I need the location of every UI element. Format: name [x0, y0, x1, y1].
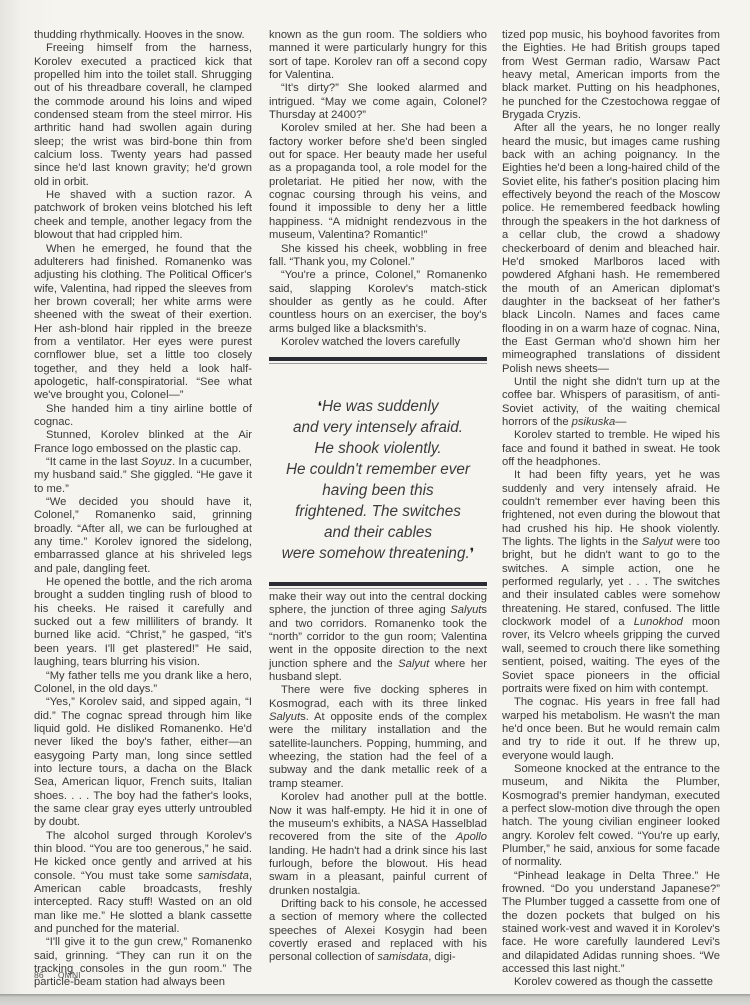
- paragraph: She kissed his cheek, wobbling in free f…: [269, 243, 487, 270]
- publication-name: OMNI: [58, 970, 81, 980]
- paragraph: Until the night she didn't turn up at th…: [502, 376, 720, 429]
- page-folio: 86OMNI: [34, 970, 95, 980]
- paragraph: Stunned, Korolev blinked at the Air Fran…: [34, 429, 252, 456]
- paragraph: Drifting back to his console, he accesse…: [269, 898, 487, 965]
- paragraph: “It came in the last Soyuz. In a cucumbe…: [34, 456, 252, 496]
- page-number: 86: [34, 970, 44, 980]
- pull-quote-line: having been this: [322, 482, 433, 499]
- paragraph: thudding rhythmically. Hooves in the sno…: [34, 29, 252, 42]
- paragraph: tized pop music, his boyhood favorites f…: [502, 29, 720, 122]
- pull-quote: ❛He was suddenly and very intensely afra…: [269, 396, 487, 564]
- pull-quote-line: He couldn't remember ever: [286, 461, 470, 478]
- paragraph: He shaved with a suction razor. A patchw…: [34, 189, 252, 242]
- paragraph: Korolev had another pull at the bottle. …: [269, 791, 487, 898]
- pull-quote-line: frightened. The switches: [295, 503, 461, 520]
- paragraph: make their way out into the central dock…: [269, 591, 487, 684]
- close-quote-mark-icon: ❜: [470, 545, 475, 561]
- pull-quote-line: He was suddenly: [322, 398, 439, 415]
- paragraph: Korolev started to tremble. He wiped his…: [502, 429, 720, 469]
- text-column-2-bottom: make their way out into the central dock…: [269, 591, 487, 965]
- pull-quote-line: were somehow threatening.: [282, 545, 470, 562]
- paragraph: Freeing himself from the harness, Korole…: [34, 42, 252, 189]
- pull-quote-top-rule: [269, 357, 487, 361]
- paragraph: “It's dirty?” She looked alarmed and int…: [269, 82, 487, 122]
- paragraph: “My father tells me you drank like a her…: [34, 670, 252, 697]
- page-bottom-edge: [0, 994, 750, 1005]
- pull-quote-line: He shook violently.: [314, 440, 441, 457]
- paragraph: There were five docking spheres in Kosmo…: [269, 684, 487, 791]
- paragraph: She handed him a tiny airline bottle of …: [34, 403, 252, 430]
- paragraph: “We decided you should have it, Colonel,…: [34, 496, 252, 576]
- paragraph: The cognac. His years in free fall had w…: [502, 696, 720, 763]
- text-column-3: tized pop music, his boyhood favorites f…: [502, 29, 720, 990]
- paragraph: “You're a prince, Colonel,” Romanenko sa…: [269, 269, 487, 336]
- pull-quote-line: and their cables: [324, 524, 432, 541]
- paragraph: It had been fifty years, yet he was sudd…: [502, 469, 720, 696]
- pull-quote-line: and very intensely afraid.: [293, 419, 463, 436]
- text-column-1: thudding rhythmically. Hooves in the sno…: [34, 29, 252, 990]
- paragraph: He opened the bottle, and the rich aroma…: [34, 576, 252, 669]
- paragraph: “I'll give it to the gun crew,” Romanenk…: [34, 936, 252, 989]
- magazine-page: thudding rhythmically. Hooves in the sno…: [0, 0, 750, 995]
- paragraph: Korolev watched the lovers carefully: [269, 336, 487, 349]
- paragraph: “Yes,” Korolev said, and sipped again, “…: [34, 696, 252, 829]
- paragraph: known as the gun room. The soldiers who …: [269, 29, 487, 82]
- paragraph: When he emerged, he found that the adult…: [34, 243, 252, 403]
- pull-quote-bottom-rule: [269, 582, 487, 586]
- paragraph: “Pinhead leakage in Delta Three.” He fro…: [502, 870, 720, 977]
- paragraph: Korolev smiled at her. She had been a fa…: [269, 122, 487, 242]
- paragraph: Someone knocked at the entrance to the m…: [502, 763, 720, 870]
- paragraph: The alcohol surged through Korolev's thi…: [34, 830, 252, 937]
- paragraph: After all the years, he no longer really…: [502, 122, 720, 376]
- paragraph: Korolev cowered as though the cassette: [502, 976, 720, 989]
- text-column-2-top: known as the gun room. The soldiers who …: [269, 29, 487, 349]
